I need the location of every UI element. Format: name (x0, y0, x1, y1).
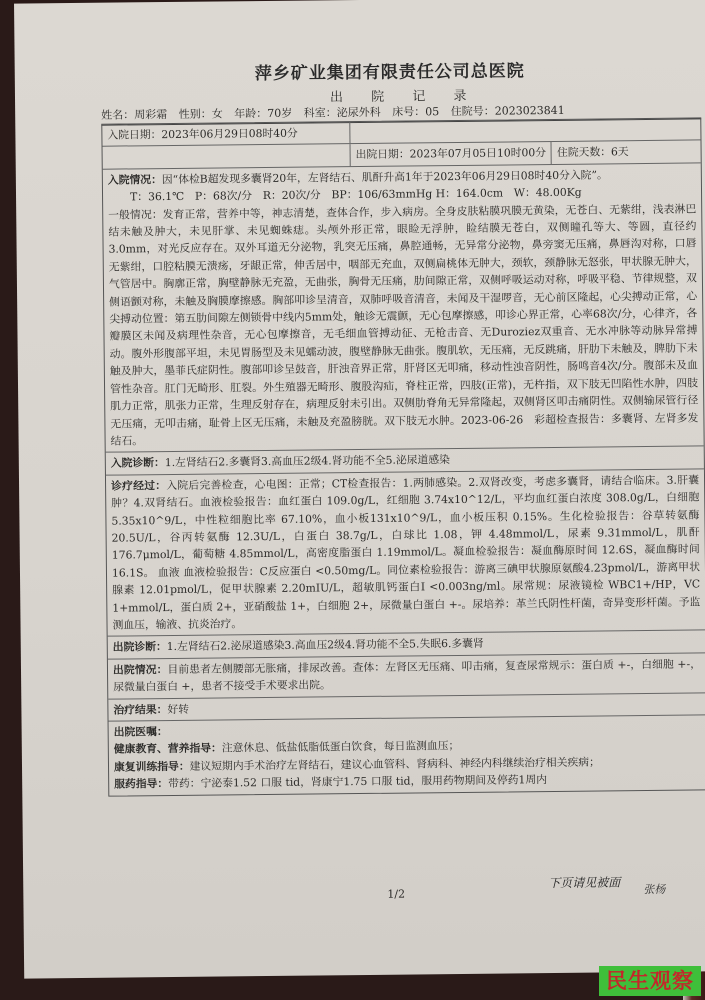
patient-bed: 床号：05 (392, 105, 439, 118)
handwritten-signature: 张杨 (643, 881, 665, 897)
general-exam: 一般情况：发育正常，营养中等，神志清楚，查体合作，步入病房。全身皮肤粘膜巩膜无黄… (108, 200, 699, 450)
patient-name: 姓名：周彩霜 (101, 108, 167, 122)
patient-admission-no: 住院号：2023023841 (451, 104, 565, 118)
page-number: 1/2 (387, 888, 405, 901)
admit-date: 入院日期：2023年06月29日08时40分 (102, 122, 350, 146)
patient-dept: 科室：泌尿外科 (304, 106, 381, 120)
discharge-date: 出院日期：2023年07月05日10时00分 (351, 142, 553, 166)
admission-diagnosis-label: 入院诊断： (111, 456, 165, 470)
health-education-label: 健康教育、营养指导： (114, 742, 222, 756)
treatment-course-section: 诊疗经过：入院后完善检查，心电图：正常；CT检查报告：1.两肺感染。2.双肾改变… (106, 469, 705, 637)
medication-label: 服药指导： (114, 777, 168, 791)
rehab-text: 建议短期内手术治疗左肾结石，建议心血管科、肾病科、神经内科继续治疗相关疾病； (190, 755, 600, 772)
admission-status-intro: 因“体检B超发现多囊肾20年，左肾结石、肌酐升高1年于2023年06月29日08… (162, 168, 608, 186)
admission-status-label: 入院情况： (108, 173, 162, 187)
discharge-record-page: 萍乡矿业集团有限责任公司总医院 出 院 记 录 姓名：周彩霜 性别：女 年龄：7… (14, 0, 705, 979)
discharge-status-section: 出院情况：目前患者左侧腰部无胀痛，排尿改善。查体：左肾区无压痛、叩击痛，复查尿常… (108, 653, 705, 699)
admission-diagnosis-text: 1.左肾结石2.多囊肾3.高血压2级4.肾功能不全5.泌尿道感染 (165, 453, 450, 469)
hospital-name: 萍乡矿业集团有限责任公司总医院 (255, 56, 525, 84)
discharge-diagnosis-text: 1.左肾结石2.泌尿道感染3.高血压2级4.肾功能不全5.失眠6.多囊肾 (167, 637, 484, 653)
health-education-text: 注意休息、低盐低脂低蛋白饮食，每日监测血压； (222, 739, 460, 754)
admission-status-section: 入院情况：因“体检B超发现多囊肾20年，左肾结石、肌酐升高1年于2023年06月… (103, 163, 704, 453)
treatment-course-label: 诊疗经过： (111, 479, 166, 493)
medication-text: 带药：宁泌泰1.52 口服 tid，肾康宁1.75 口服 tid，服用药物期间及… (168, 773, 547, 790)
hospital-days: 住院天数：6天 (552, 142, 634, 164)
treatment-result-label: 治疗结果： (113, 703, 167, 717)
handwritten-note: 下页请见被面 (548, 873, 620, 891)
treatment-result-text: 好转 (167, 702, 189, 715)
patient-sex: 性别：女 (179, 107, 223, 120)
discharge-orders-section: 出院医嘱： 健康教育、营养指导：注意休息、低盐低脂低蛋白饮食，每日监测血压； 康… (109, 715, 705, 795)
discharge-status-label: 出院情况： (113, 663, 168, 677)
discharge-date-placeholder (350, 118, 700, 143)
record-form: 入院日期：2023年06月29日08时40分 出院日期：2023年07月05日1… (101, 117, 705, 796)
empty-cell (103, 145, 351, 169)
treatment-course-text: 入院后完善检查，心电图：正常；CT检查报告：1.两肺感染。2.双肾改变，考虑多囊… (111, 473, 700, 631)
rehab-label: 康复训练指导： (114, 760, 190, 774)
discharge-status-text: 目前患者左侧腰部无胀痛，排尿改善。查体：左肾区无压痛、叩击痛，复查尿常规示：蛋白… (113, 657, 701, 694)
patient-age: 年龄：70岁 (234, 107, 292, 121)
watermark-logo: 民生观察 (599, 966, 701, 996)
discharge-diagnosis-label: 出院诊断： (113, 640, 167, 654)
